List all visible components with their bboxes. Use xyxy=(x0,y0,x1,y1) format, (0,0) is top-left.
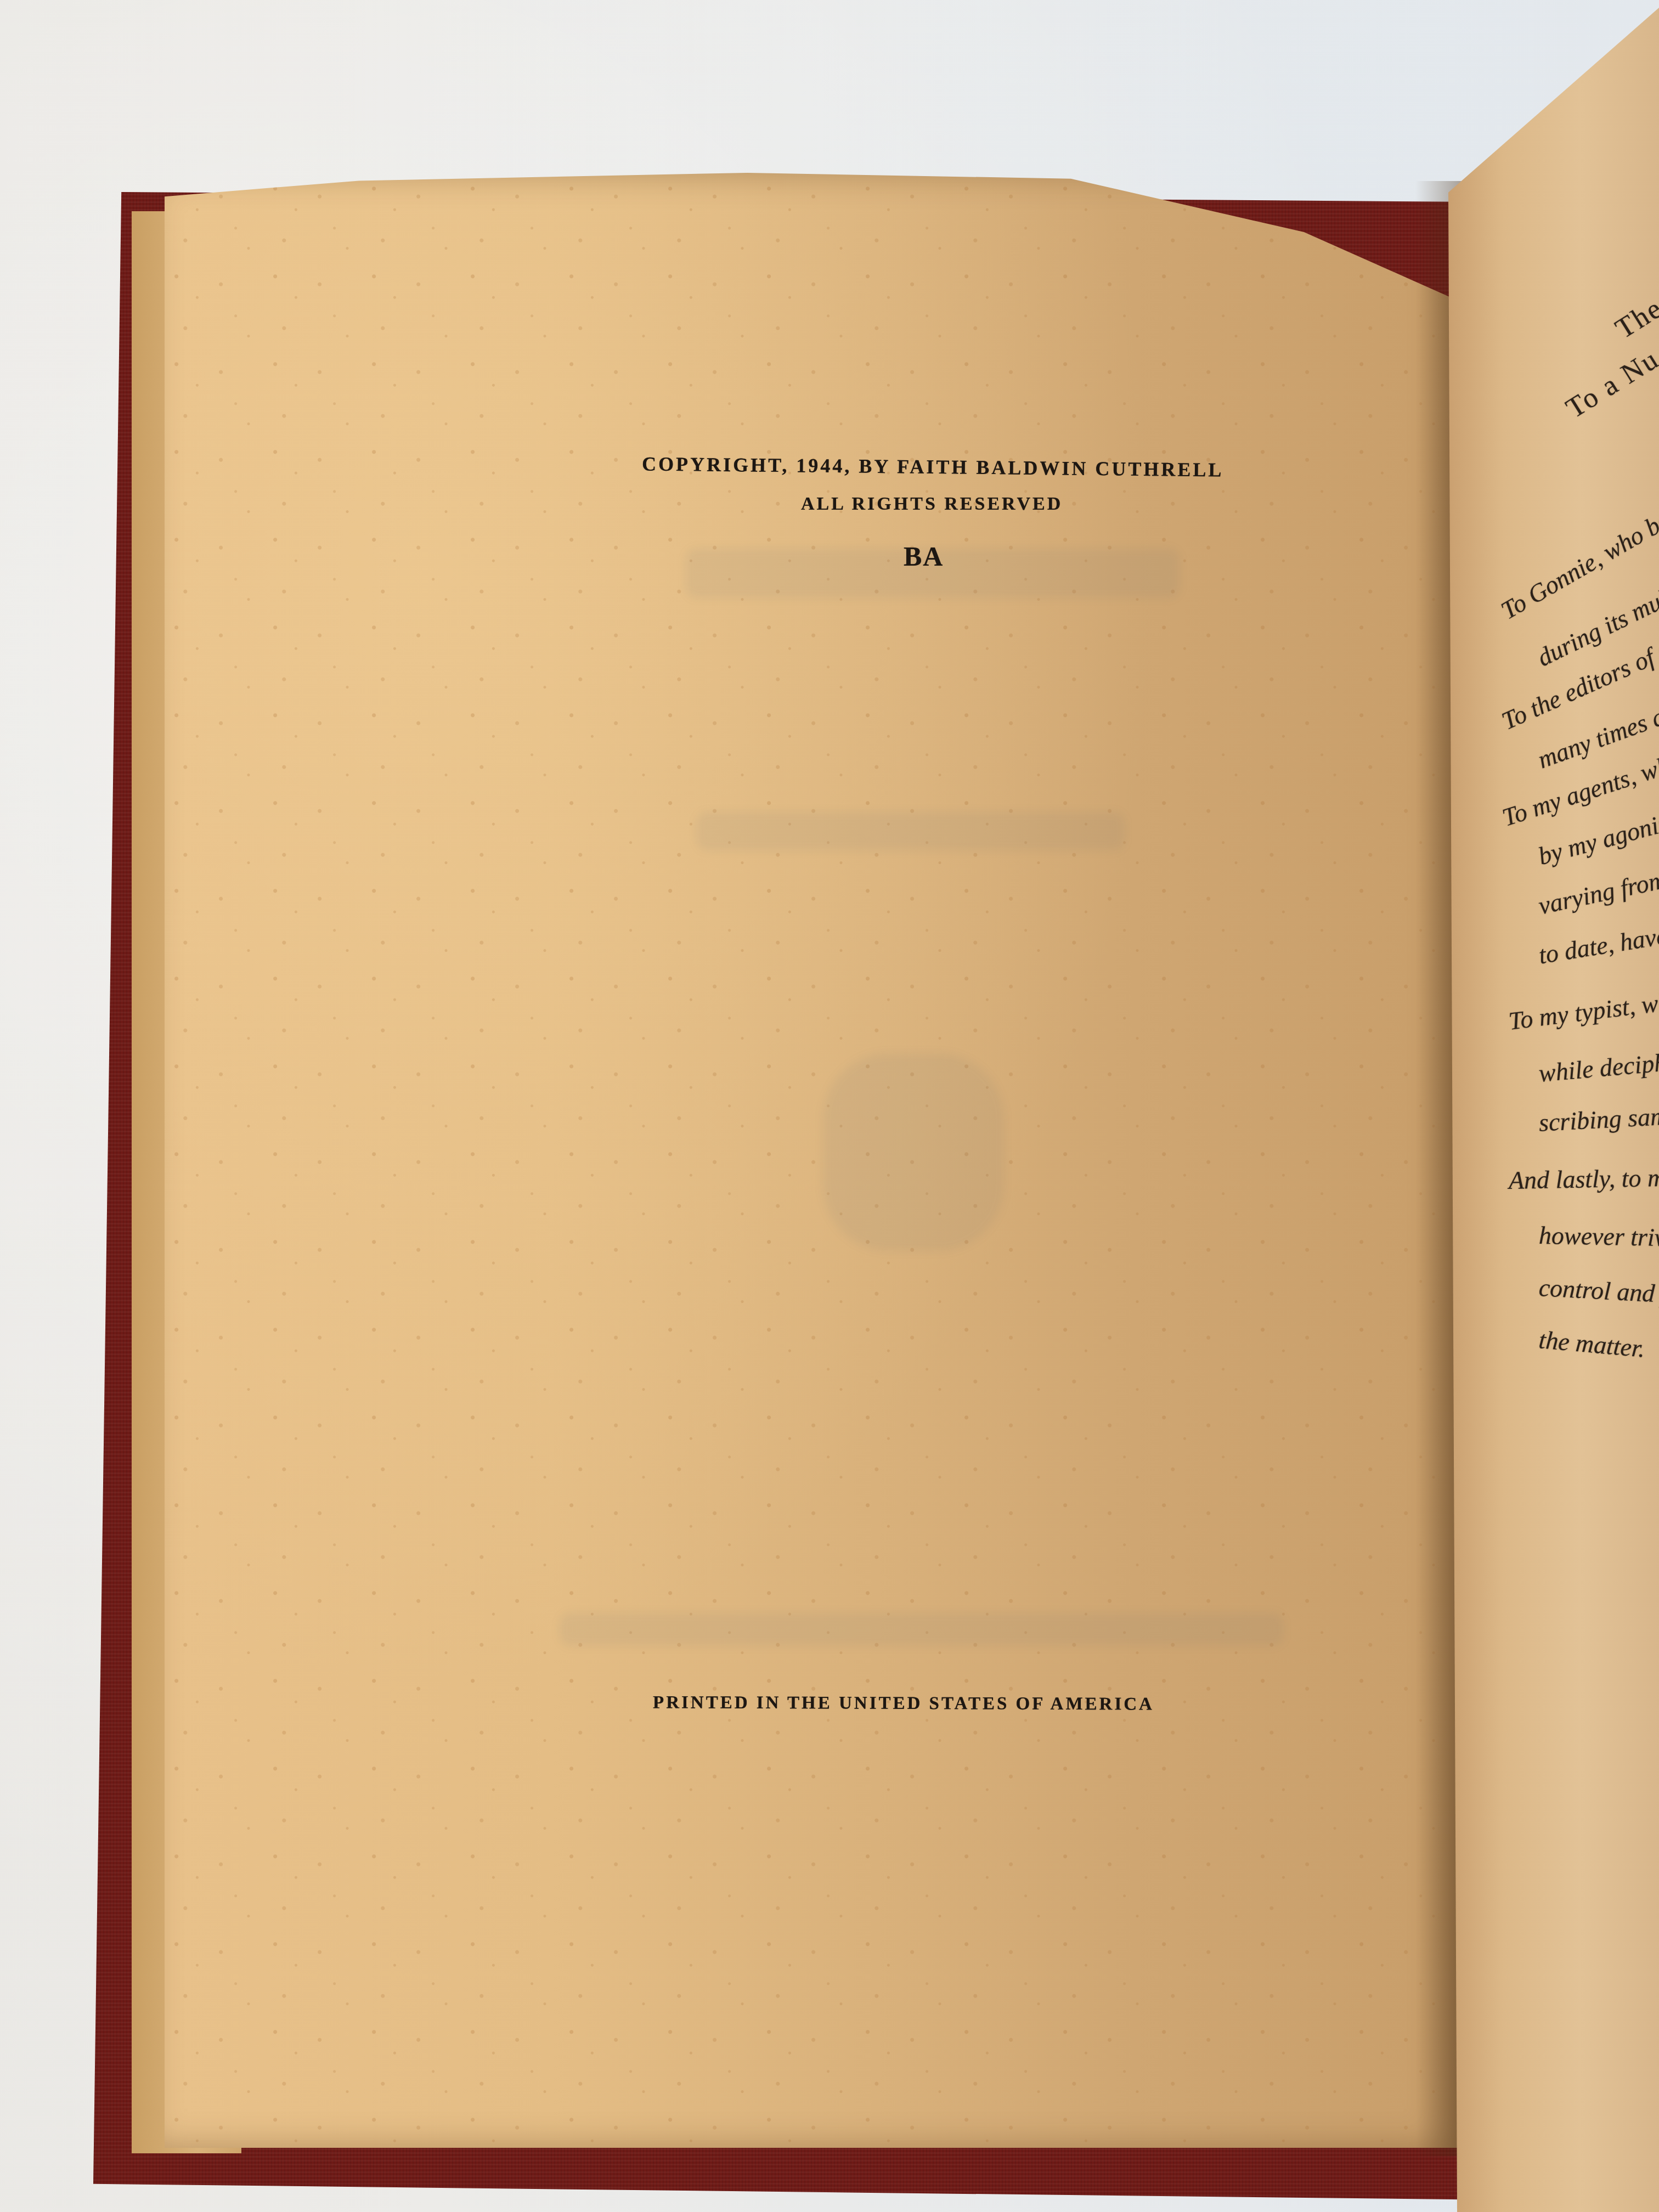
dedication-line: however trivial, xyxy=(1539,1221,1659,1252)
dedication-heading-2: To a Nu xyxy=(1560,343,1659,425)
dedication-heading-1: The xyxy=(1610,292,1659,346)
dedication-line: control and pro xyxy=(1538,1273,1659,1310)
rights-reserved: ALL RIGHTS RESERVED xyxy=(801,494,1063,515)
show-through-publisher xyxy=(560,1613,1284,1646)
printed-in-notice: PRINTED IN THE UNITED STATES OF AMERICA xyxy=(653,1692,1154,1714)
dedication-line: the matter. xyxy=(1538,1325,1646,1363)
dedication-line: varying from f xyxy=(1536,862,1659,920)
dedication-line: To my typist, who m xyxy=(1507,983,1659,1036)
dedication-line: while decipheri xyxy=(1538,1045,1659,1088)
show-through-subtitle xyxy=(697,812,1125,850)
dedication-text-area: The To a Nu To Gonnie, who bo during its… xyxy=(1448,0,1659,2212)
dedication-line: And lastly, to myse xyxy=(1509,1163,1659,1195)
edition-code: BA xyxy=(904,540,944,572)
dedication-line: scribing same; xyxy=(1538,1101,1659,1137)
dedication-line: to date, have n xyxy=(1537,918,1659,970)
show-through-ornament xyxy=(823,1053,1004,1251)
